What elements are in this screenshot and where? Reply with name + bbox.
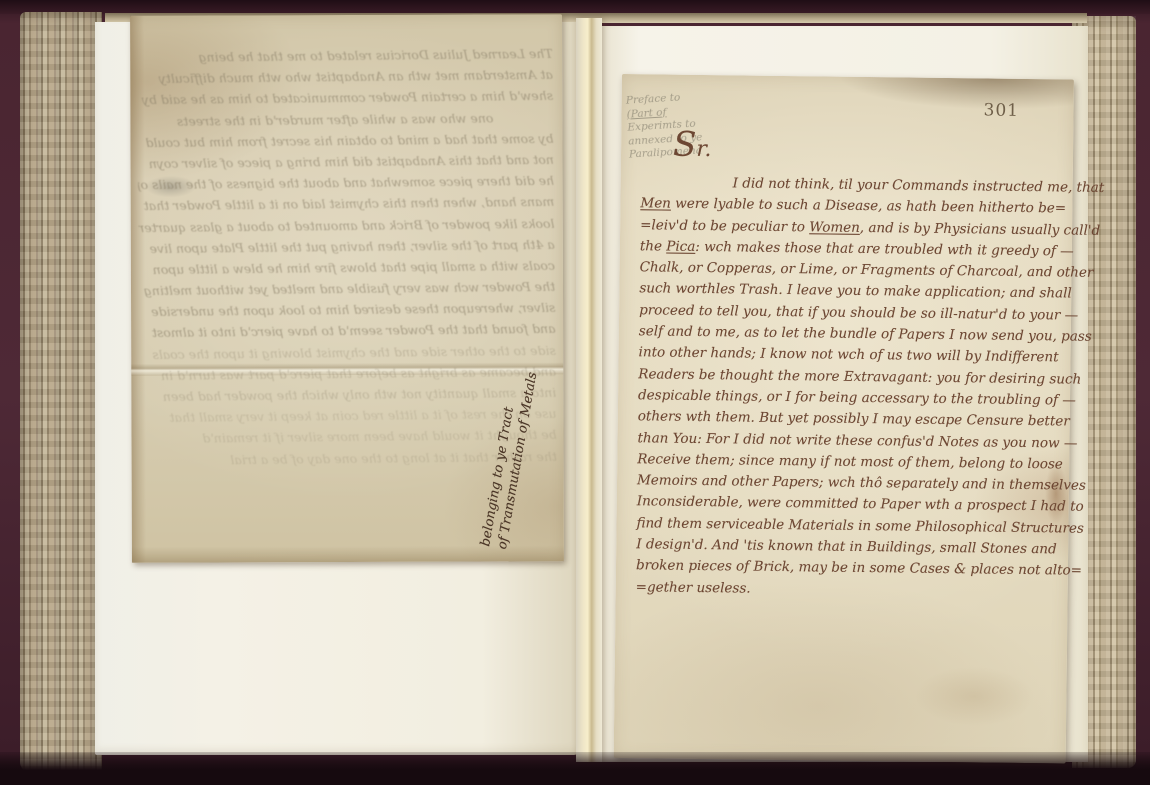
page-edges-left-stack: [20, 12, 102, 772]
bleedthrough-text: The Learned Julius Doricius related to m…: [137, 43, 558, 497]
right-leaf-bottom-stain: [914, 666, 1035, 727]
salutation: Sr.: [673, 125, 712, 165]
page-number: 301: [983, 100, 1019, 120]
book-gutter-fold: [576, 18, 602, 762]
book-cover-top-edge: [0, 0, 1150, 14]
manuscript-book-photo: The Learned Julius Doricius related to m…: [0, 0, 1150, 785]
left-manuscript-leaf: The Learned Julius Doricius related to m…: [130, 14, 564, 563]
book-cover-bottom-shadow: [0, 752, 1150, 785]
letter-body-text: I did not think, til your Commands instr…: [636, 172, 1077, 603]
right-manuscript-leaf: 301 Preface to(Part ofExperimts toannexe…: [614, 74, 1074, 763]
